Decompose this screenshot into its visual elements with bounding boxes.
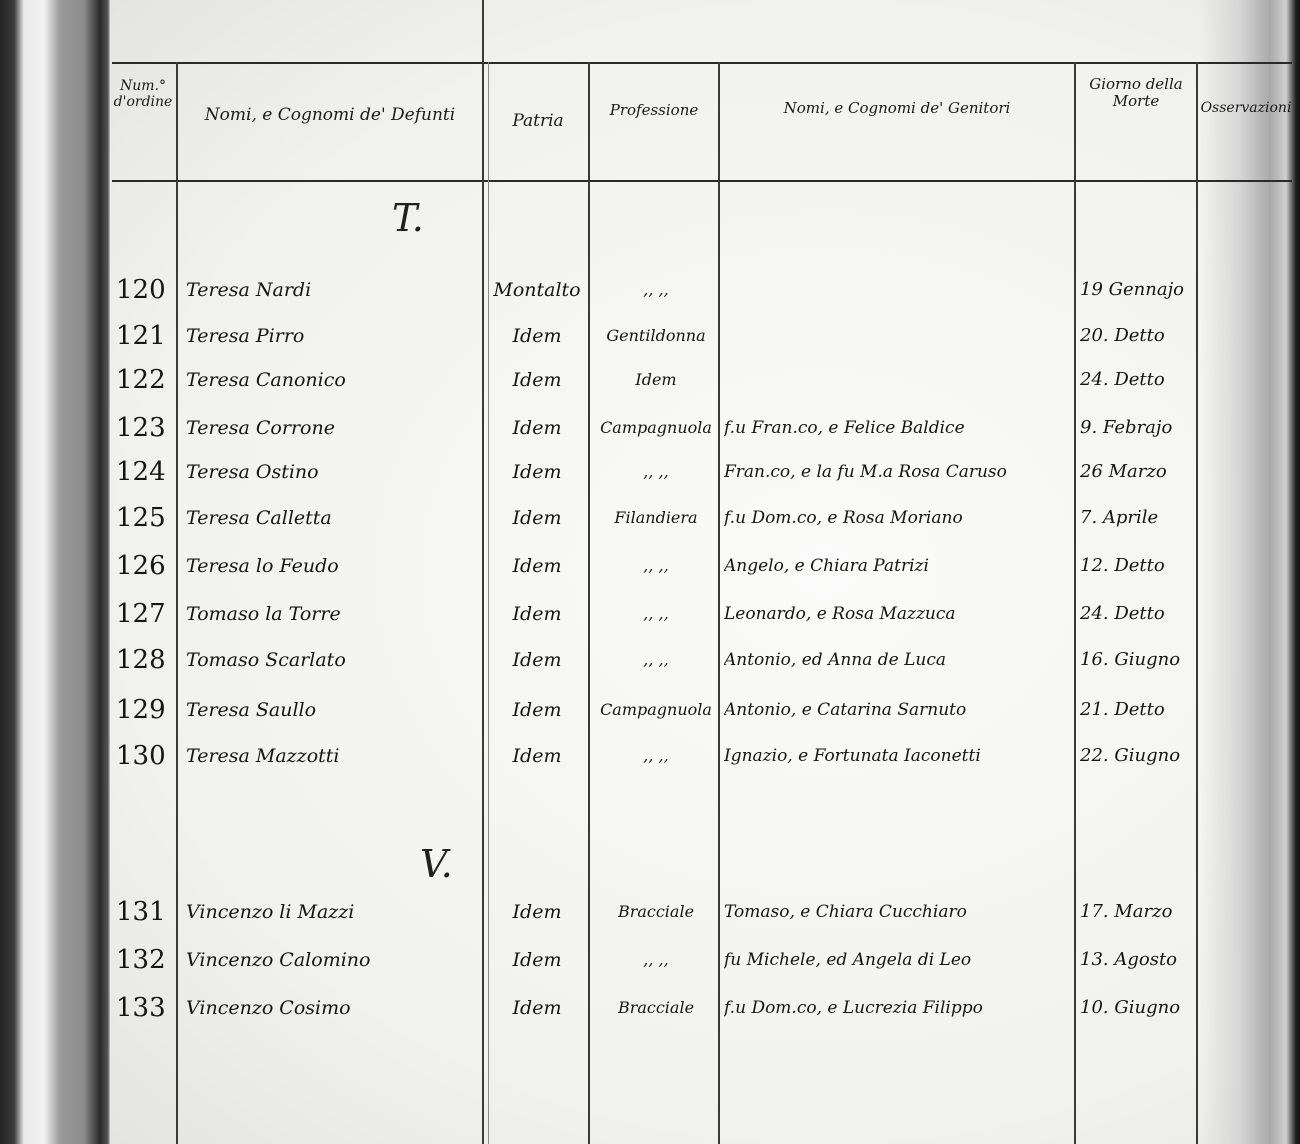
deceased-name: Vincenzo Cosimo [186, 988, 476, 1028]
homeland: Idem [488, 360, 586, 400]
register-row: 125Teresa CallettaIdemFilandieraf.u Dom.… [0, 498, 1300, 538]
profession: Bracciale [594, 892, 718, 932]
parents-names: Tomaso, e Chiara Cucchiaro [724, 892, 1074, 932]
homeland: Idem [488, 988, 586, 1028]
entry-number: 127 [116, 594, 176, 634]
homeland: Idem [488, 594, 586, 634]
deceased-name: Teresa Saullo [186, 690, 476, 730]
profession: Campagnuola [594, 408, 718, 448]
profession: Campagnuola [594, 690, 718, 730]
profession: Gentildonna [594, 316, 718, 356]
death-date: 9. Febrajo [1080, 408, 1204, 448]
homeland: Montalto [488, 270, 586, 310]
profession: ,, ,, [594, 736, 718, 776]
parents-names: Antonio, e Catarina Sarnuto [724, 690, 1074, 730]
register-row: 132Vincenzo CalominoIdem,, ,,fu Michele,… [0, 940, 1300, 980]
deceased-name: Teresa Canonico [186, 360, 476, 400]
entry-number: 126 [116, 546, 176, 586]
profession: Bracciale [594, 988, 718, 1028]
death-date: 10. Giugno [1080, 988, 1204, 1028]
homeland: Idem [488, 408, 586, 448]
profession: ,, ,, [594, 546, 718, 586]
profession: Idem [594, 360, 718, 400]
profession: ,, ,, [594, 452, 718, 492]
parents-names: f.u Fran.co, e Felice Baldice [724, 408, 1074, 448]
table-top-rule [112, 62, 1292, 64]
register-row: 128Tomaso ScarlatoIdem,, ,,Antonio, ed A… [0, 640, 1300, 680]
deceased-name: Teresa Calletta [186, 498, 476, 538]
death-date: 13. Agosto [1080, 940, 1204, 980]
header-homeland: Patria [490, 112, 586, 132]
deceased-name: Tomaso la Torre [186, 594, 476, 634]
profession: ,, ,, [594, 940, 718, 980]
deceased-name: Tomaso Scarlato [186, 640, 476, 680]
entry-number: 120 [116, 270, 176, 310]
homeland: Idem [488, 546, 586, 586]
register-row: 122Teresa CanonicoIdemIdem24. Detto [0, 360, 1300, 400]
header-date: Giorno della Morte [1078, 76, 1194, 111]
homeland: Idem [488, 640, 586, 680]
death-date: 26 Marzo [1080, 452, 1204, 492]
section-letter: V. [420, 842, 453, 886]
death-date: 24. Detto [1080, 594, 1204, 634]
homeland: Idem [488, 690, 586, 730]
register-row: 121Teresa PirroIdemGentildonna20. Detto [0, 316, 1300, 356]
entry-number: 122 [116, 360, 176, 400]
death-date: 19 Gennajo [1080, 270, 1204, 310]
homeland: Idem [488, 498, 586, 538]
register-row: 127Tomaso la TorreIdem,, ,,Leonardo, e R… [0, 594, 1300, 634]
entry-number: 130 [116, 736, 176, 776]
deceased-name: Teresa lo Feudo [186, 546, 476, 586]
deceased-name: Teresa Mazzotti [186, 736, 476, 776]
death-date: 22. Giugno [1080, 736, 1204, 776]
homeland: Idem [488, 892, 586, 932]
profession: ,, ,, [594, 640, 718, 680]
parents-names: f.u Dom.co, e Rosa Moriano [724, 498, 1074, 538]
death-date: 24. Detto [1080, 360, 1204, 400]
death-date: 12. Detto [1080, 546, 1204, 586]
death-date: 7. Aprile [1080, 498, 1204, 538]
homeland: Idem [488, 736, 586, 776]
register-row: 130Teresa MazzottiIdem,, ,,Ignazio, e Fo… [0, 736, 1300, 776]
header-number: Num.° d'ordine [112, 78, 174, 110]
entry-number: 133 [116, 988, 176, 1028]
register-row: 120Teresa NardiMontalto,, ,,19 Gennajo [0, 270, 1300, 310]
parents-names: Leonardo, e Rosa Mazzuca [724, 594, 1074, 634]
entry-number: 132 [116, 940, 176, 980]
death-date: 17. Marzo [1080, 892, 1204, 932]
entry-number: 125 [116, 498, 176, 538]
entry-number: 123 [116, 408, 176, 448]
parents-names: Ignazio, e Fortunata Iaconetti [724, 736, 1074, 776]
header-parents: Nomi, e Cognomi de' Genitori [722, 100, 1072, 117]
header-bottom-rule [112, 180, 1292, 182]
death-date: 20. Detto [1080, 316, 1204, 356]
entry-number: 131 [116, 892, 176, 932]
entry-number: 128 [116, 640, 176, 680]
death-date: 21. Detto [1080, 690, 1204, 730]
deceased-name: Teresa Pirro [186, 316, 476, 356]
profession: ,, ,, [594, 594, 718, 634]
entry-number: 129 [116, 690, 176, 730]
register-row: 124Teresa OstinoIdem,, ,,Fran.co, e la f… [0, 452, 1300, 492]
homeland: Idem [488, 316, 586, 356]
deceased-name: Teresa Ostino [186, 452, 476, 492]
parents-names: fu Michele, ed Angela di Leo [724, 940, 1074, 980]
parents-names: Fran.co, e la fu M.a Rosa Caruso [724, 452, 1074, 492]
register-row: 129Teresa SaulloIdemCampagnuolaAntonio, … [0, 690, 1300, 730]
parents-names: f.u Dom.co, e Lucrezia Filippo [724, 988, 1074, 1028]
section-letter: T. [392, 196, 424, 240]
profession: Filandiera [594, 498, 718, 538]
deceased-name: Teresa Corrone [186, 408, 476, 448]
register-row: 131Vincenzo li MazziIdemBraccialeTomaso,… [0, 892, 1300, 932]
register-row: 126Teresa lo FeudoIdem,, ,,Angelo, e Chi… [0, 546, 1300, 586]
deceased-name: Vincenzo li Mazzi [186, 892, 476, 932]
header-profession: Professione [590, 102, 718, 119]
death-date: 16. Giugno [1080, 640, 1204, 680]
entry-number: 124 [116, 452, 176, 492]
register-row: 123Teresa CorroneIdemCampagnuolaf.u Fran… [0, 408, 1300, 448]
header-deceased: Nomi, e Cognomi de' Defunti [180, 106, 480, 126]
parents-names: Angelo, e Chiara Patrizi [724, 546, 1074, 586]
parents-names: Antonio, ed Anna de Luca [724, 640, 1074, 680]
header-notes: Osservazioni [1198, 100, 1294, 116]
entry-number: 121 [116, 316, 176, 356]
deceased-name: Teresa Nardi [186, 270, 476, 310]
register-row: 133Vincenzo CosimoIdemBraccialef.u Dom.c… [0, 988, 1300, 1028]
profession: ,, ,, [594, 270, 718, 310]
homeland: Idem [488, 940, 586, 980]
homeland: Idem [488, 452, 586, 492]
deceased-name: Vincenzo Calomino [186, 940, 476, 980]
